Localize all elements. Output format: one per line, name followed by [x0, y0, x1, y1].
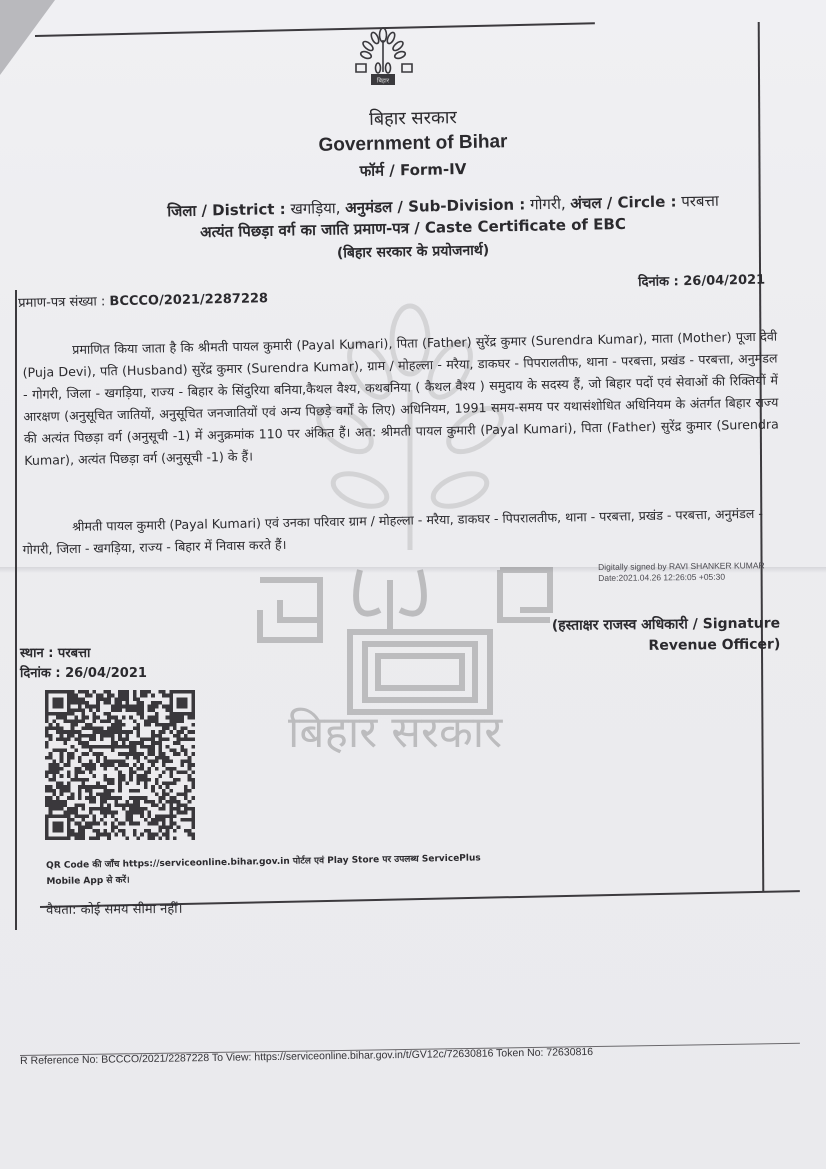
subdivision-label: अनुमंडल / Sub-Division :	[345, 195, 525, 216]
certificate-body-paragraph-2: श्रीमती पायल कुमारी (Payal Kumari) एवं उ…	[22, 503, 778, 561]
svg-text:बिहार: बिहार	[377, 77, 390, 85]
border-top	[35, 22, 595, 37]
digital-signature-date: Date:2021.04.26 12:26:05 +05:30	[598, 571, 765, 584]
certificate-number-value: BCCCO/2021/2287228	[109, 291, 268, 309]
qr-code[interactable]	[44, 690, 196, 840]
border-left	[15, 290, 17, 930]
folded-corner	[0, 0, 55, 75]
signature-label: (हस्ताक्षर राजस्व अधिकारी / Signature Re…	[540, 613, 780, 658]
qr-verification-note: QR Code की जाँच https://serviceonline.bi…	[46, 849, 566, 890]
issue-date-value: 26/04/2021	[683, 273, 765, 290]
bihar-emblem-watermark: बिहार सरकार	[250, 560, 570, 760]
place-date-label: दिनांक : 26/04/2021	[20, 664, 147, 684]
signature-label-line-2: Revenue Officer)	[540, 634, 780, 658]
certificate-body-paragraph-1: प्रमाणित किया जाता है कि श्रीमती पायल कु…	[22, 326, 779, 472]
signature-label-line-1: (हस्ताक्षर राजस्व अधिकारी / Signature	[540, 613, 780, 637]
digital-signature-signer: Digitally signed by RAVI SHANKER KUMAR	[598, 560, 765, 573]
district-label: जिला / District :	[167, 200, 286, 220]
certificate-page: बिहार सरकार बिहार बिहार सरकार Government…	[0, 0, 826, 1169]
subdivision-value: गोगरी,	[530, 195, 566, 214]
bihar-emblem-icon: बिहार	[348, 26, 418, 88]
issue-date-label: दिनांक :	[638, 274, 679, 290]
district-value: खगड़िया,	[290, 199, 340, 218]
place-label: स्थान : परबत्ता	[20, 644, 147, 664]
digital-signature: Digitally signed by RAVI SHANKER KUMAR D…	[598, 560, 765, 584]
watermark-text: बिहार सरकार	[288, 700, 502, 760]
circle-value: परबत्ता	[681, 192, 719, 211]
place-and-date: स्थान : परबत्ता दिनांक : 26/04/2021	[20, 644, 147, 684]
certificate-number: प्रमाण-पत्र संख्या : BCCCO/2021/2287228	[18, 288, 268, 311]
certificate-number-label: प्रमाण-पत्र संख्या :	[18, 294, 105, 311]
circle-label: अंचल / Circle :	[570, 193, 676, 213]
footer-reference: R Reference No: BCCCO/2021/2287228 To Vi…	[20, 1046, 593, 1067]
issue-date: दिनांक : 26/04/2021	[638, 270, 765, 290]
validity-note: वैधता: कोई समय सीमा नहीं।	[46, 899, 183, 918]
